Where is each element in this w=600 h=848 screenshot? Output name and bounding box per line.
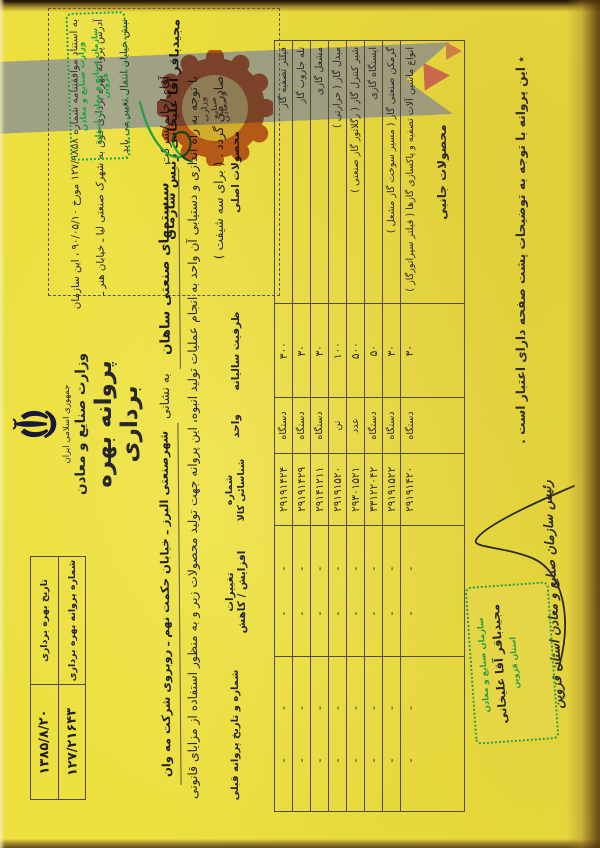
table-cell-code: ۲۹۱۹۱۴۲۹ (293, 454, 310, 526)
products-table-body: فیلتر تصفیه گاز۳۰۰دستگاه۲۹۱۹۱۴۲۴----تله … (275, 41, 419, 811)
table-row: شیر کنترل گاز ( رگلاتور گاز صنعتی )۵۰۰عد… (347, 41, 365, 811)
dash-value: - (349, 567, 362, 571)
table-cell-name: مشعل گازی (311, 41, 328, 304)
dash-value: - (404, 706, 417, 710)
table-cell-name: گرمکن صنعتی گاز ( مسیر سوخت گاز مشعل ) (383, 41, 400, 304)
dash-value: - (367, 706, 380, 710)
dash-value: - (385, 758, 398, 762)
byproducts-empty-cell (419, 526, 464, 658)
byproducts-label: محصولات جانبی (419, 41, 464, 304)
table-cell-name: فیلتر تصفیه گاز (275, 41, 292, 304)
table-cell-unit: دستگاه (311, 398, 328, 454)
table-row: مبدل گاز ( حرارتی )۱۰۰تن۲۹۱۹۱۵۲۰---- (329, 41, 347, 811)
table-cell-capacity: ۱۰۰ (329, 304, 346, 398)
table-cell-previous: -- (329, 657, 346, 811)
red-seal-text: وزارت صنایع و معادن (149, 42, 280, 173)
table-cell-unit: دستگاه (383, 398, 400, 454)
green-stamp-org: سازمان صنایع و معادن استان قزوین (89, 14, 112, 159)
table-cell-changes: -- (293, 526, 310, 658)
byproducts-empty-cell (419, 454, 464, 526)
header-annual-capacity: ظرفیت سالیانه (230, 304, 242, 398)
signature-swoosh-icon (462, 478, 592, 678)
dash-value: - (277, 612, 290, 616)
table-cell-previous: -- (311, 657, 328, 811)
byproducts-empty-cell (419, 657, 464, 811)
table-cell-code: ۲۹۱۹۱۵۲۲ (383, 454, 400, 526)
dash-value: - (295, 758, 308, 762)
header-changes-line2: افزایش / کاهش (236, 526, 248, 658)
dash-value: - (385, 706, 398, 710)
dash-value: - (367, 758, 380, 762)
table-row: تله جاروب گاز۳۰دستگاه۲۹۱۹۱۴۲۹---- (293, 41, 311, 811)
table-cell-unit: عدد (347, 398, 364, 454)
date-label: تاریخ بهره برداری (31, 557, 58, 685)
byproducts-row: محصولات جانبی (419, 41, 464, 811)
iran-emblem-icon (10, 401, 60, 447)
table-cell-changes: -- (365, 526, 382, 658)
dash-value: - (385, 612, 398, 616)
dash-value: - (331, 612, 344, 616)
header-changes-line1: تغییرات (224, 526, 236, 658)
date-row: تاریخ بهره برداری ۱۳۸۵/۸/۲۰ (31, 557, 58, 799)
table-cell-previous: -- (365, 657, 382, 811)
table-cell-unit: تن (329, 398, 346, 454)
table-cell-code: ۳۳۱۲۲۰۴۲ (365, 454, 382, 526)
license-number-label: شماره پروانه بهره برداری (59, 557, 85, 685)
scanned-license-page: جمهوری اسلامی ایران وزارت صنایع و معادن … (0, 0, 600, 848)
dash-value: - (367, 612, 380, 616)
dash-value: - (277, 758, 290, 762)
dash-value: - (349, 758, 362, 762)
table-cell-previous: -- (293, 657, 310, 811)
table-cell-capacity: ۳۰۰ (275, 304, 292, 398)
table-row: مشعل گازی۳۰دستگاه۲۹۱۴۱۲۱۱---- (311, 41, 329, 811)
applicant-name: سیستمهای صنعتی ساهان (151, 169, 181, 370)
dash-value: - (313, 612, 326, 616)
license-number-value: ۱۲۷/۲۱۶۴۳ (58, 685, 86, 799)
dash-value: - (404, 567, 417, 571)
dash-value: - (367, 567, 380, 571)
dash-value: - (331, 567, 344, 571)
dash-value: - (349, 706, 362, 710)
table-cell-previous: -- (401, 657, 419, 811)
number-row: شماره پروانه بهره برداری ۱۲۷/۲۱۶۴۳ (58, 557, 85, 799)
table-cell-code: ۲۹۱۹۱۴۲۴ (275, 454, 292, 526)
country-name: جمهوری اسلامی ایران (62, 334, 72, 514)
table-cell-name: انواع ماشین آلات تصفیه و پاکسازی گازها (… (401, 41, 419, 304)
table-cell-name: مبدل گاز ( حرارتی ) (329, 41, 346, 304)
table-row: گرمکن صنعتی گاز ( مسیر سوخت گاز مشعل )۳۰… (383, 41, 401, 811)
dash-value: - (295, 706, 308, 710)
dash-value: - (295, 567, 308, 571)
table-cell-changes: -- (401, 526, 419, 658)
dash-value: - (385, 567, 398, 571)
table-cell-capacity: ۳۰ (401, 304, 419, 398)
dash-value: - (404, 758, 417, 762)
table-cell-changes: -- (275, 526, 292, 658)
table-cell-code: ۲۹۱۹۱۴۲۰ (401, 454, 419, 526)
products-table: فیلتر تصفیه گاز۳۰۰دستگاه۲۹۱۹۱۴۲۴----تله … (274, 40, 465, 812)
table-cell-changes: -- (383, 526, 400, 658)
dash-value: - (277, 567, 290, 571)
table-cell-name: ایستگاه گازی (365, 41, 382, 304)
dash-value: - (331, 706, 344, 710)
table-cell-name: تله جاروب گاز (293, 41, 310, 304)
dash-value: - (277, 706, 290, 710)
table-cell-unit: دستگاه (293, 398, 310, 454)
table-cell-name: شیر کنترل گاز ( رگلاتور گاز صنعتی ) (347, 41, 364, 304)
header-previous-license: شماره و تاریخ پروانه قبلی (230, 658, 242, 812)
dash-value: - (404, 612, 417, 616)
header-changes: تغییرات افزایش / کاهش (224, 526, 248, 658)
table-cell-capacity: ۳۰ (383, 304, 400, 398)
table-cell-previous: -- (275, 657, 292, 811)
table-cell-capacity: ۵۰ (365, 304, 382, 398)
dash-value: - (349, 612, 362, 616)
table-cell-code: ۲۹۳۰۱۵۲۱ (347, 454, 364, 526)
table-cell-changes: -- (347, 526, 364, 658)
table-cell-changes: -- (329, 526, 346, 658)
applicant-address: شهرصنعتی البرز ـ خیابان حکمت نهم ـ روبرو… (150, 423, 181, 785)
dash-value: - (331, 758, 344, 762)
page-title: پروانه بهره برداری (91, 334, 143, 514)
byproducts-empty-cell (419, 398, 464, 454)
table-cell-capacity: ۵۰۰ (347, 304, 364, 398)
dash-value: - (313, 706, 326, 710)
table-row: انواع ماشین آلات تصفیه و پاکسازی گازها (… (401, 41, 419, 811)
scan-edge-bottom (566, 0, 600, 848)
table-cell-unit: دستگاه (401, 398, 419, 454)
dash-value: - (313, 567, 326, 571)
table-cell-code: ۲۹۱۴۱۲۱۱ (311, 454, 328, 526)
green-stamp-ministry: وزارت صنایع و معادن (75, 14, 90, 158)
table-cell-changes: -- (311, 526, 328, 658)
table-cell-capacity: ۳۰ (293, 304, 310, 398)
byproducts-empty-cell (419, 304, 464, 398)
dash-value: - (295, 612, 308, 616)
table-row: ایستگاه گازی۵۰دستگاه۳۳۱۲۲۰۴۲---- (365, 41, 383, 811)
validity-footnote: ٭ این پروانه با توجه به توضیحات پشت صفحه… (514, 56, 528, 444)
license-document: جمهوری اسلامی ایران وزارت صنایع و معادن … (0, 0, 600, 848)
dash-value: - (313, 758, 326, 762)
table-cell-previous: -- (383, 657, 400, 811)
masthead: جمهوری اسلامی ایران وزارت صنایع و معادن … (10, 334, 143, 514)
scan-edge-left (0, 839, 600, 848)
table-cell-capacity: ۳۰ (311, 304, 328, 398)
table-cell-unit: دستگاه (365, 398, 382, 454)
ministry-name: وزارت صنایع و معادن (73, 334, 89, 514)
date-value: ۱۳۸۵/۸/۲۰ (30, 685, 59, 799)
header-unit: واحد (230, 398, 242, 454)
table-cell-previous: -- (347, 657, 364, 811)
table-cell-unit: دستگاه (275, 398, 292, 454)
license-number-box: تاریخ بهره برداری ۱۳۸۵/۸/۲۰ شماره پروانه… (30, 556, 86, 800)
address-label: به نشانی (158, 373, 172, 419)
green-stamp-top: وزارت صنایع و معادن سازمان صنایع و معادن… (65, 11, 130, 161)
header-product-code: شماره شناسائی کالا (224, 454, 248, 526)
table-cell-code: ۲۹۱۹۱۵۲۰ (329, 454, 346, 526)
